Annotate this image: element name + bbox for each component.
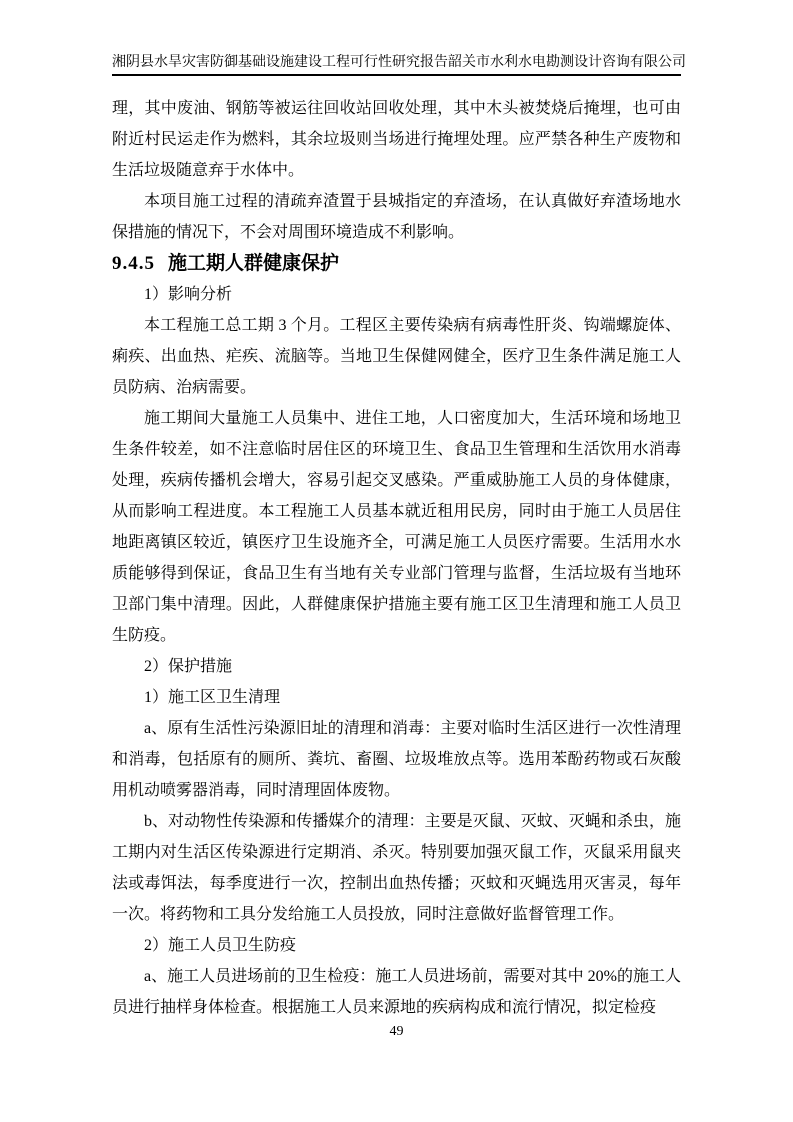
section-heading: 9.4.5施工期人群健康保护 bbox=[112, 248, 681, 279]
body-paragraph: b、对动物性传染源和传播媒介的清理：主要是灭鼠、灭蚊、灭蝇和杀虫，施工期内对生活… bbox=[112, 806, 681, 930]
header-report-title: 湘阴县水旱灾害防御基础设施建设工程可行性研究报告 bbox=[112, 54, 448, 71]
body-paragraph: 1）影响分析 bbox=[112, 279, 681, 310]
body-paragraph: 本项目施工过程的清疏弃渣置于县城指定的弃渣场，在认真做好弃渣场地水保措施的情况下… bbox=[112, 186, 681, 248]
body-paragraph: 1）施工区卫生清理 bbox=[112, 682, 681, 713]
document-body: 理，其中废油、钢筋等被运往回收站回收处理，其中木头被焚烧后掩埋，也可由附近村民运… bbox=[112, 93, 681, 1023]
body-paragraph: a、原有生活性污染源旧址的清理和消毒：主要对临时生活区进行一次性清理和消毒，包括… bbox=[112, 713, 681, 806]
body-paragraph: 2）施工人员卫生防疫 bbox=[112, 930, 681, 961]
body-paragraph: 2）保护措施 bbox=[112, 651, 681, 682]
page-footer: 49 bbox=[0, 1023, 793, 1041]
page-number: 49 bbox=[390, 1024, 404, 1039]
body-paragraph: 施工期间大量施工人员集中、进住工地，人口密度加大，生活环境和场地卫生条件较差，如… bbox=[112, 403, 681, 651]
body-paragraph-continuation: 理，其中废油、钢筋等被运往回收站回收处理，其中木头被焚烧后掩埋，也可由附近村民运… bbox=[112, 93, 681, 186]
section-number: 9.4.5 bbox=[112, 253, 155, 274]
body-paragraph: a、施工人员进场前的卫生检疫：施工人员进场前，需要对其中 20%的施工人员进行抽… bbox=[112, 961, 681, 1023]
body-paragraph: 本工程施工总工期 3 个月。工程区主要传染病有病毒性肝炎、钩端螺旋体、痢疾、出血… bbox=[112, 310, 681, 403]
section-title: 施工期人群健康保护 bbox=[168, 253, 339, 274]
document-page: 湘阴县水旱灾害防御基础设施建设工程可行性研究报告 韶关市水利水电勘测设计咨询有限… bbox=[0, 0, 793, 1122]
header-company-name: 韶关市水利水电勘测设计咨询有限公司 bbox=[448, 54, 686, 71]
page-header: 湘阴县水旱灾害防御基础设施建设工程可行性研究报告 韶关市水利水电勘测设计咨询有限… bbox=[112, 0, 681, 76]
